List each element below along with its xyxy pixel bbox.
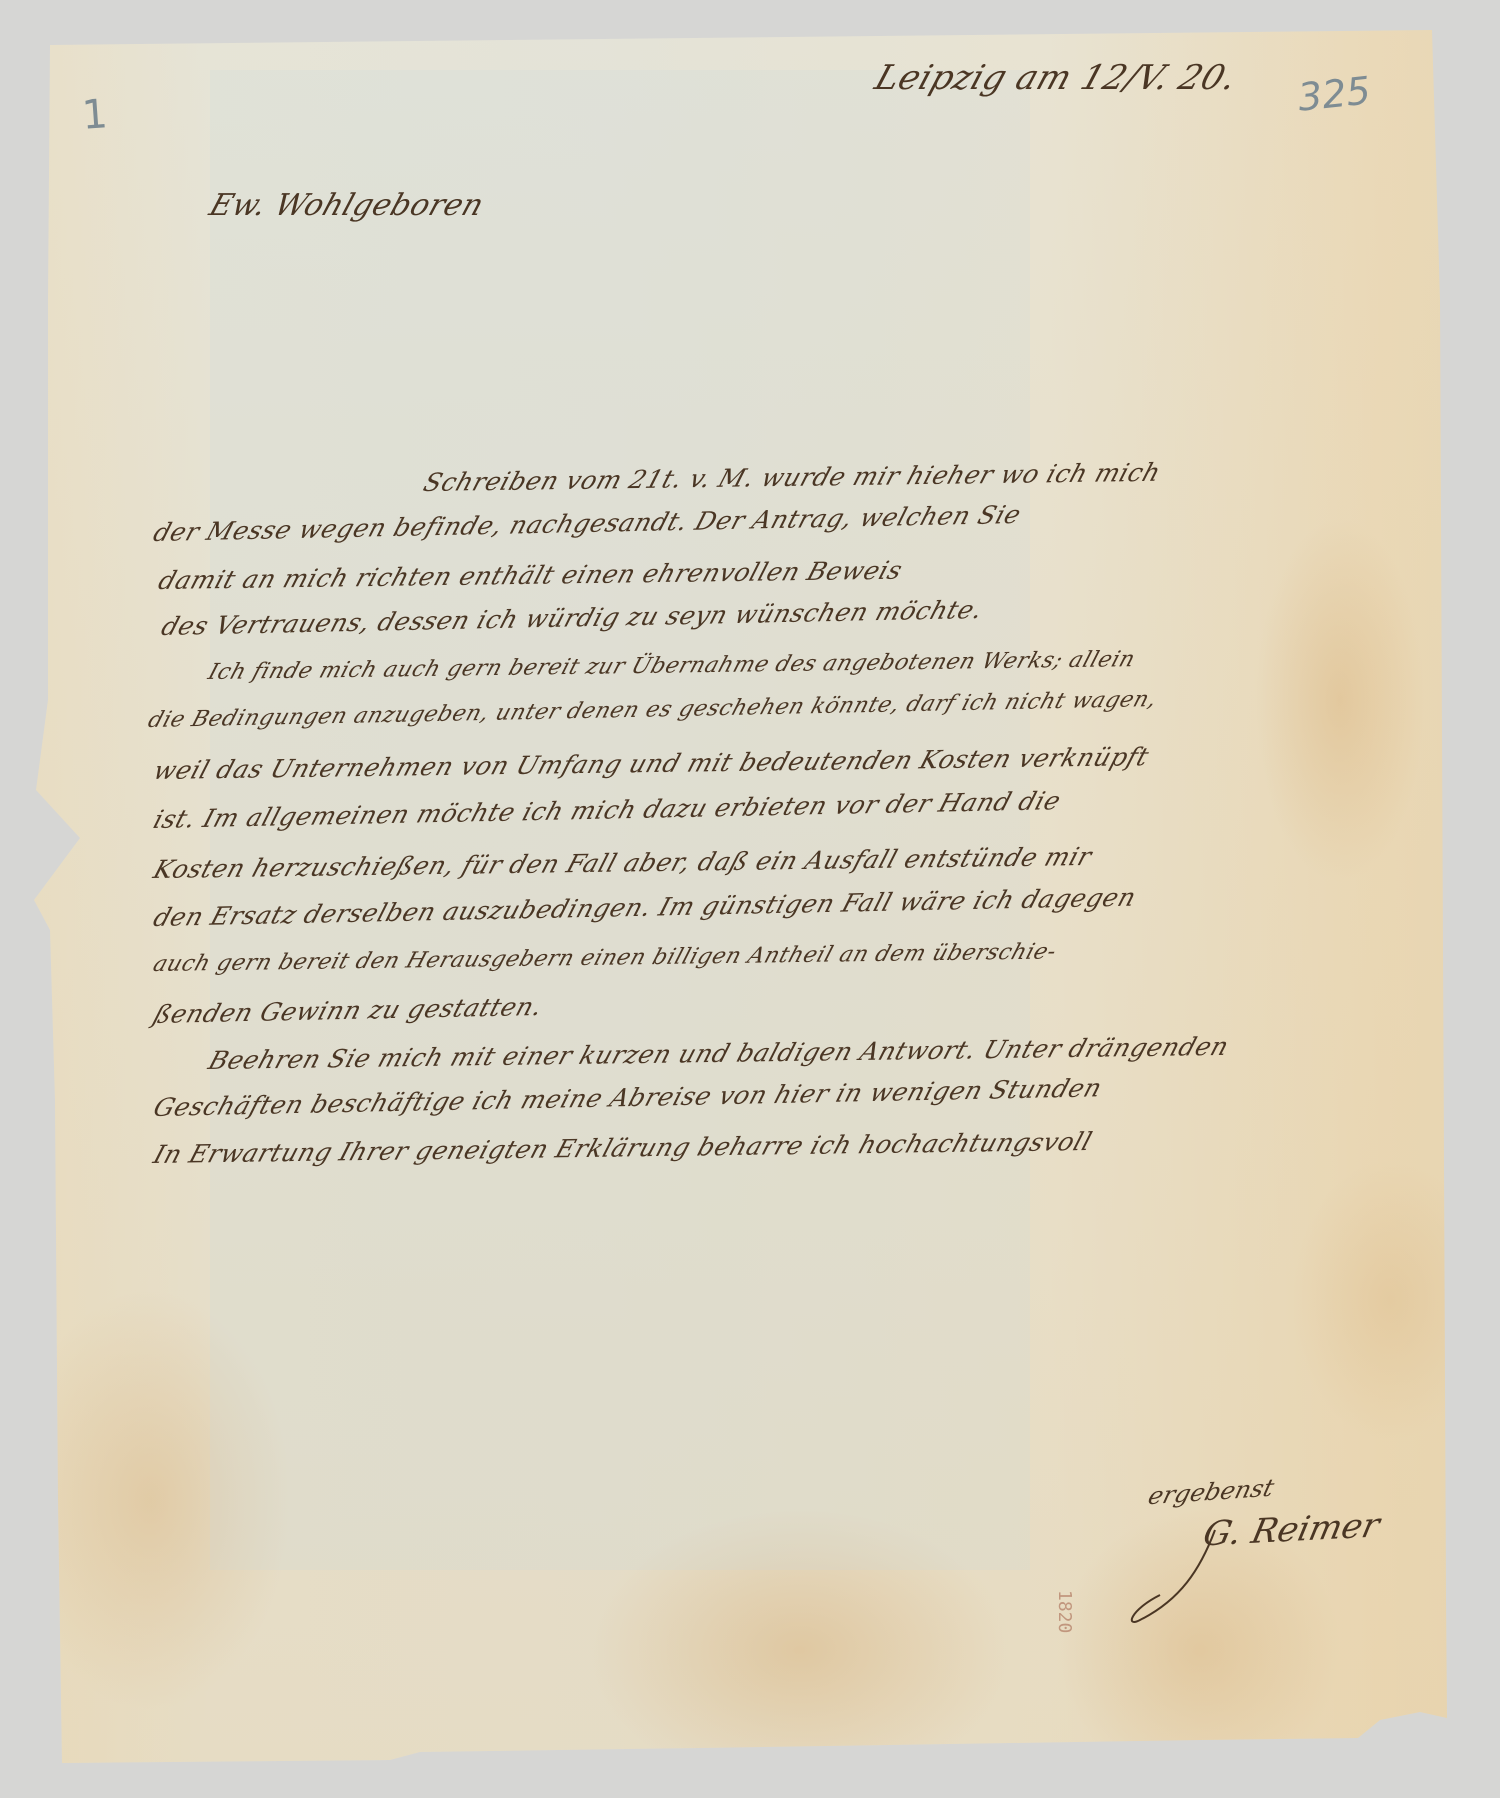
- salutation: Ew. Wohlgeboren: [205, 188, 488, 223]
- place-date: Leipzig am 12/V. 20.: [870, 58, 1242, 98]
- archive-stamp: 1820: [1054, 1590, 1075, 1633]
- page-number: 325: [1296, 68, 1373, 119]
- signature-flourish: [1120, 1510, 1260, 1630]
- folio-number: 1: [80, 91, 109, 139]
